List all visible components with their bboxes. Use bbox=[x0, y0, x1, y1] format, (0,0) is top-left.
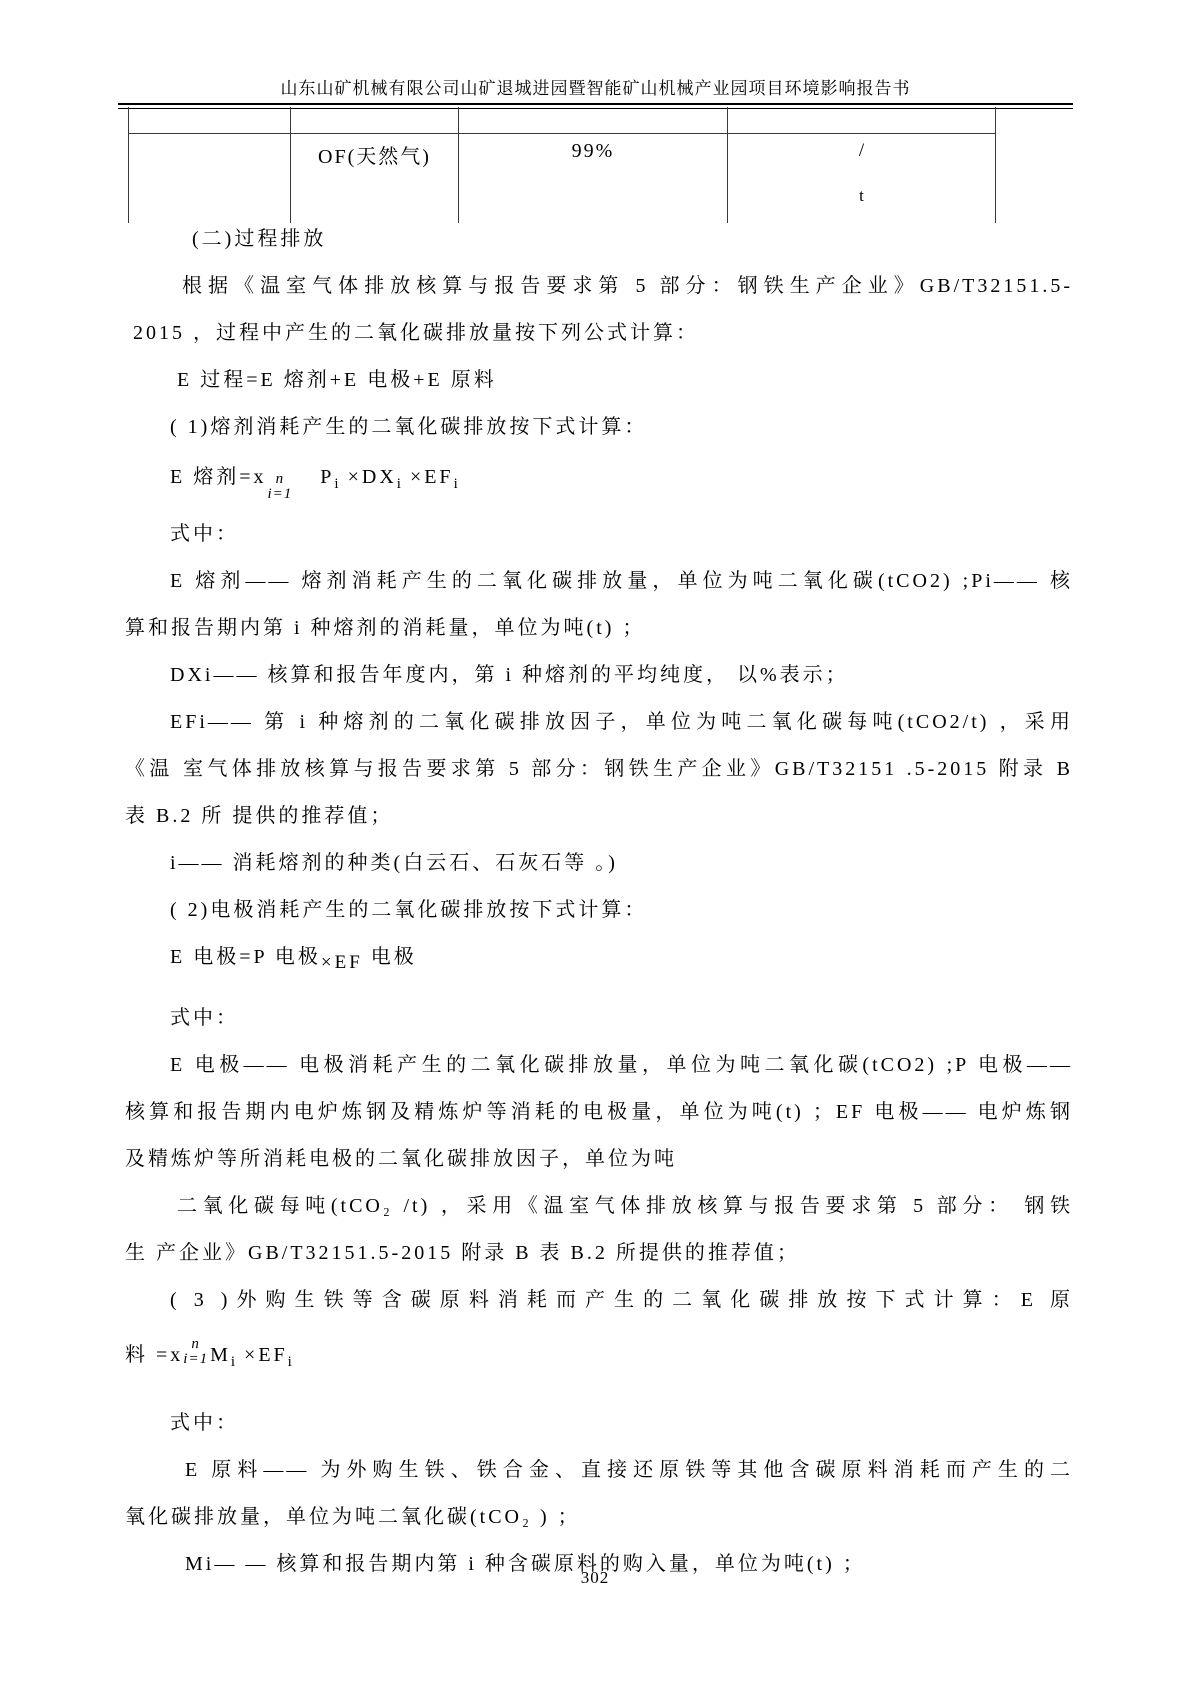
text-line: 生 产企业》GB/T32151.5-2015 附录 B 表 B.2 所提供的推荐… bbox=[125, 1230, 1073, 1277]
text-line: 核算和报告期内电炉炼钢及精炼炉等消耗的电极量，单位为吨(t) ；EF 电极—— … bbox=[125, 1089, 1073, 1136]
text-line: ( 2)电极消耗产生的二氧化碳排放按下式计算： bbox=[125, 887, 1073, 934]
table-cell-empty bbox=[728, 107, 996, 134]
body-text: (二)过程排放根据《温室气体排放核算与报告要求第 5 部分：钢铁生产企业》GB/… bbox=[125, 216, 1073, 1588]
sum-lower-limit: i=1 bbox=[183, 1352, 208, 1367]
paragraph-block: 式中：E 电极—— 电极消耗产生的二氧化碳排放量，单位为吨二氧化碳(tCO2) … bbox=[125, 995, 1073, 1324]
text-line: ( 1)熔剂消耗产生的二氧化碳排放按下式计算： bbox=[125, 404, 1073, 451]
paragraph-block: 式中：E 熔剂—— 熔剂消耗产生的二氧化碳排放量，单位为吨二氧化碳(tCO2) … bbox=[125, 511, 1073, 934]
sum-limits: ni=1 bbox=[268, 472, 293, 502]
text-line: i—— 消耗熔剂的种类(白云石、石灰石等 。) bbox=[125, 840, 1073, 887]
text-line: 2015 ，过程中产生的二氧化碳排放量按下列公式计算： bbox=[125, 310, 1073, 357]
table-cell-purity: 99% bbox=[459, 134, 728, 224]
text-line: 式中： bbox=[125, 511, 1073, 558]
text-line: 《温 室气体排放核算与报告要求第 5 部分：钢铁生产企业》GB/T32151 .… bbox=[125, 746, 1073, 793]
text-line: DXi—— 核算和报告年度内，第 i 种熔剂的平均纯度， 以%表示； bbox=[125, 652, 1073, 699]
paragraph-block: (二)过程排放根据《温室气体排放核算与报告要求第 5 部分：钢铁生产企业》GB/… bbox=[125, 216, 1073, 451]
text-line: E 过程=E 熔剂+E 电极+E 原料 bbox=[125, 357, 1073, 404]
sum-limits: ni=1 bbox=[183, 1337, 208, 1367]
fuel-type-label: OF(天然气) bbox=[291, 140, 458, 169]
formula-term: M bbox=[210, 1344, 231, 1366]
paragraph-block: 式中：E 原料—— 为外购生铁、铁合金、直接还原铁等其他含碳原料消耗而产生的二氧… bbox=[125, 1400, 1073, 1588]
text-line: E 熔剂—— 熔剂消耗产生的二氧化碳排放量，单位为吨二氧化碳(tCO2) ;Pi… bbox=[125, 558, 1073, 605]
unit-value: t bbox=[728, 186, 995, 206]
table-cell-empty bbox=[459, 107, 728, 134]
text-line: (二)过程排放 bbox=[125, 216, 1073, 263]
table-row: OF(天然气) 99% / t bbox=[129, 134, 996, 224]
text-line: 氧化碳排放量，单位为吨二氧化碳(tCO₂ ) ； bbox=[125, 1494, 1073, 1541]
subscript-i: i bbox=[454, 476, 459, 492]
slash-value: / bbox=[728, 140, 995, 162]
formula-flux-emission: E 熔剂=xni=1Pi ×DXi ×EFi bbox=[125, 451, 1073, 511]
sum-upper-limit: n bbox=[191, 1337, 200, 1352]
page-number: 302 bbox=[0, 1568, 1190, 1588]
subscript-i: i bbox=[288, 1354, 293, 1370]
formula-term: ×EF bbox=[236, 1344, 288, 1366]
formula-term: P bbox=[320, 466, 334, 488]
text-line: 二氧化碳每吨(tCO₂ /t) ，采用《温室气体排放核算与报告要求第 5 部分：… bbox=[125, 1183, 1073, 1230]
table-cell-unit: / t bbox=[728, 134, 996, 224]
table-cell-empty bbox=[129, 107, 291, 134]
sum-lower-limit: i=1 bbox=[268, 487, 293, 502]
table-cell-empty bbox=[291, 107, 459, 134]
page-header-title: 山东山矿机械有限公司山矿退城进园暨智能矿山机械产业园项目环境影响报告书 bbox=[118, 74, 1073, 99]
text-line: 表 B.2 所 提供的推荐值； bbox=[125, 793, 1073, 840]
text-line: 及精炼炉等所消耗电极的二氧化碳排放因子，单位为吨 bbox=[125, 1136, 1073, 1183]
text-line: E 电极—— 电极消耗产生的二氧化碳排放量，单位为吨二氧化碳(tCO2) ;P … bbox=[125, 1042, 1073, 1089]
text-line: ( 3 )外购生铁等含碳原料消耗而产生的二氧化碳排放按下式计算：E 原 bbox=[125, 1277, 1073, 1324]
formula-term: ×DX bbox=[340, 466, 397, 488]
sum-upper-limit: n bbox=[276, 472, 285, 487]
table-row bbox=[129, 107, 996, 134]
formula-term: ×EF bbox=[402, 466, 454, 488]
text-line: 式中： bbox=[125, 1400, 1073, 1447]
formula-electrode-emission: E 电极=P 电极×EF 电极 bbox=[125, 934, 1073, 981]
formula-term: ×EF bbox=[321, 952, 363, 973]
data-table-fragment: OF(天然气) 99% / t bbox=[128, 107, 996, 223]
table-cell-empty bbox=[129, 134, 291, 224]
table-cell-fuel-type: OF(天然气) bbox=[291, 134, 459, 224]
document-page: 山东山矿机械有限公司山矿退城进园暨智能矿山机械产业园项目环境影响报告书 OF(天… bbox=[0, 0, 1190, 1683]
text-line: 式中： bbox=[125, 995, 1073, 1042]
text-line: EFi—— 第 i 种熔剂的二氧化碳排放因子，单位为吨二氧化碳每吨(tCO2/t… bbox=[125, 699, 1073, 746]
formula-lhs: E 电极=P 电极 bbox=[170, 946, 321, 968]
formula-lhs: 料 =x bbox=[125, 1344, 183, 1366]
text-line: E 原料—— 为外购生铁、铁合金、直接还原铁等其他含碳原料消耗而产生的二 bbox=[125, 1447, 1073, 1494]
text-line: 算和报告期内第 i 种熔剂的消耗量，单位为吨(t) ； bbox=[125, 605, 1073, 652]
formula-term: 电极 bbox=[363, 946, 417, 968]
purity-value: 99% bbox=[459, 140, 727, 163]
formula-lhs: E 熔剂=x bbox=[170, 466, 267, 488]
formula-raw-material-emission: 料 =xni=1Mi ×EFi bbox=[125, 1324, 1073, 1386]
text-line: 根据《温室气体排放核算与报告要求第 5 部分：钢铁生产企业》GB/T32151.… bbox=[125, 263, 1073, 310]
